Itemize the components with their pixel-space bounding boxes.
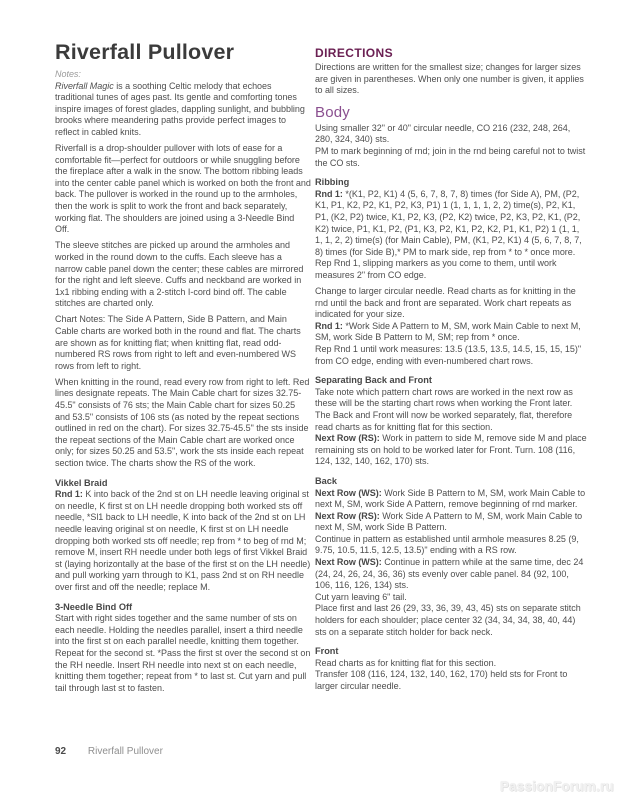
ribbing-change: Change to larger circular needle. Read c… [315,286,587,321]
footer-title: Riverfall Pullover [88,746,163,757]
directions-paragraph: Directions are written for the smallest … [315,62,587,97]
rnd1-label: Rnd 1: [55,489,83,499]
notes-label: Notes: [55,69,311,81]
separating-paragraph: Take note which pattern chart rows are w… [315,387,587,433]
back-row-ws-2: Next Row (WS): Continue in pattern while… [315,557,587,592]
page-title: Riverfall Pullover [55,40,311,65]
rnd1-text: K into back of the 2nd st on LH needle l… [55,489,310,592]
rnd1b-text: *Work Side A Pattern to M, SM, work Main… [315,321,581,343]
ribbing-rnd1: Rnd 1: *(K1, P2, K1) 4 (5, 6, 7, 8, 7, 8… [315,189,587,259]
body-heading: Body [315,104,587,121]
intro-paragraph: Riverfall Magic is a soothing Celtic mel… [55,81,311,139]
rnd1-label: Rnd 1: [315,321,343,331]
back-continue: Continue in pattern as established until… [315,534,587,557]
chart-notes-paragraph-2: When knitting in the round, read every r… [55,377,311,470]
vikkel-braid-rnd1: Rnd 1: K into back of the 2nd st on LH n… [55,489,311,593]
ribbing-rep: Rep Rnd 1, slipping markers as you come … [315,258,587,281]
rnd1-text: *(K1, P2, K1) 4 (5, 6, 7, 8, 7, 8) times… [315,189,582,257]
body-cast-on: Using smaller 32" or 40" circular needle… [315,123,587,146]
front-read-charts: Read charts as for knitting flat for thi… [315,658,587,670]
back-row-rs: Next Row (RS): Work Side A Pattern to M,… [315,511,587,534]
overview-paragraph: Riverfall is a drop-shoulder pullover wi… [55,143,311,236]
next-row-ws-label: Next Row (WS): [315,557,382,567]
bind-off-heading: 3-Needle Bind Off [55,602,311,614]
back-row-ws: Next Row (WS): Work Side B Pattern to M,… [315,488,587,511]
pattern-name-italic: Riverfall Magic [55,81,114,91]
next-row-rs-label: Next Row (RS): [315,511,380,521]
ribbing-rnd1b: Rnd 1: *Work Side A Pattern to M, SM, wo… [315,321,587,344]
back-place-sts: Place first and last 26 (29, 33, 36, 39,… [315,603,587,638]
rnd1-label: Rnd 1: [315,189,343,199]
directions-heading: DIRECTIONS [315,46,587,60]
front-heading: Front [315,646,587,658]
left-column: Riverfall Pullover Notes: Riverfall Magi… [55,40,311,699]
separating-next-row: Next Row (RS): Work in pattern to side M… [315,433,587,468]
page-number: 92 [55,746,66,757]
ribbing-rep2: Rep Rnd 1 until work measures: 13.5 (13.… [315,344,587,367]
next-row-ws-label: Next Row (WS): [315,488,382,498]
next-row-rs-label: Next Row (RS): [315,433,380,443]
vikkel-braid-heading: Vikkel Braid [55,478,311,490]
separating-heading: Separating Back and Front [315,375,587,387]
sleeves-paragraph: The sleeve stitches are picked up around… [55,240,311,310]
body-pm: PM to mark beginning of rnd; join in the… [315,146,587,169]
watermark: PassionForum.ru [500,779,614,794]
chart-notes-paragraph: Chart Notes: The Side A Pattern, Side B … [55,314,311,372]
right-column: DIRECTIONS Directions are written for th… [315,46,587,697]
ribbing-heading: Ribbing [315,177,587,189]
back-heading: Back [315,476,587,488]
back-cut-yarn: Cut yarn leaving 6" tail. [315,592,587,604]
page-footer: 92 Riverfall Pullover [55,746,163,757]
front-transfer: Transfer 108 (116, 124, 132, 140, 162, 1… [315,669,587,692]
bind-off-paragraph: Start with right sides together and the … [55,613,311,694]
